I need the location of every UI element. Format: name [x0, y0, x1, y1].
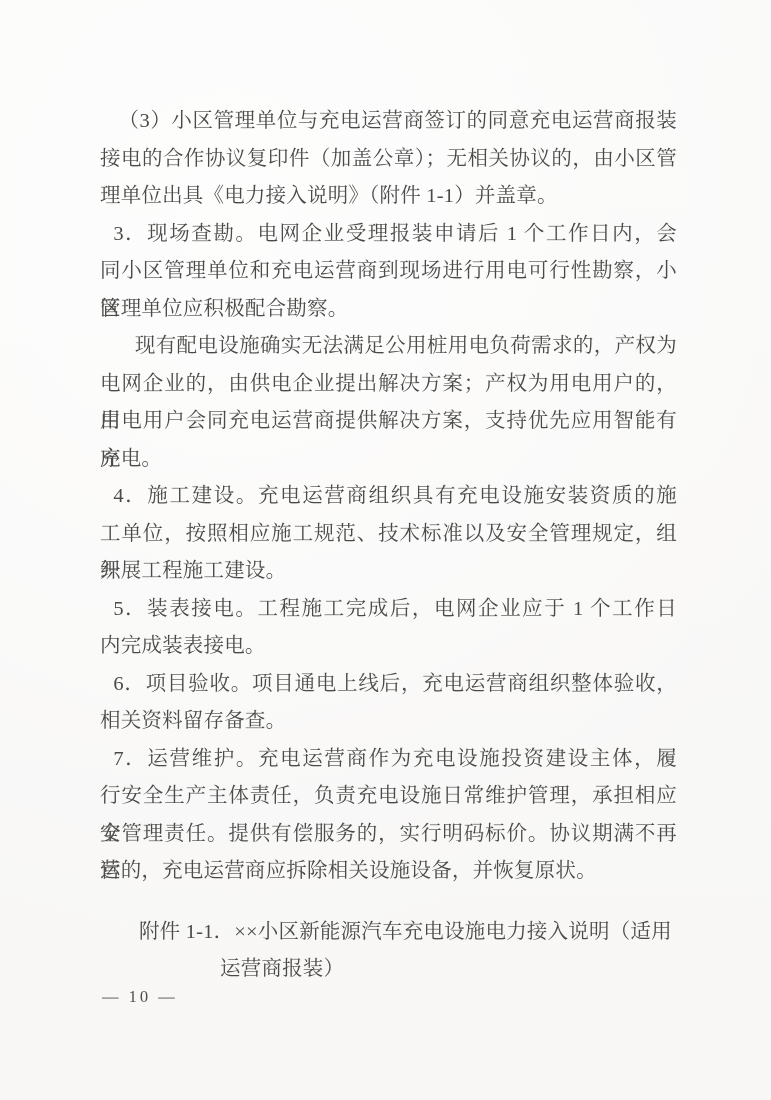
text-line: 附件 1-1．××小区新能源汽车充电设施电力接入说明（适用: [100, 914, 677, 952]
text-line: 开展工程施工建设。: [100, 553, 677, 591]
text-line: 3．现场查勘。电网企业受理报装申请后 1 个工作日内，会: [100, 216, 677, 254]
text-line: 管理单位应积极配合勘察。: [100, 291, 677, 329]
document-page: （3）小区管理单位与充电运营商签订的同意充电运营商报装接电的合作协议复印件（加盖…: [0, 0, 771, 1100]
text-line: 用电用户会同充电运营商提供解决方案，支持优先应用智能有序: [100, 403, 677, 441]
text-line: 相关资料留存备查。: [100, 703, 677, 741]
page-number: — 10 —: [102, 985, 178, 1009]
text-line: （3）小区管理单位与充电运营商签订的同意充电运营商报装: [100, 103, 677, 141]
text-line: 7．运营维护。充电运营商作为充电设施投资建设主体，履: [100, 741, 677, 779]
text-line: 运营商报装）: [100, 951, 677, 989]
text-line: 现有配电设施确实无法满足公用桩用电负荷需求的，产权为: [100, 328, 677, 366]
document-body: （3）小区管理单位与充电运营商签订的同意充电运营商报装接电的合作协议复印件（加盖…: [100, 103, 677, 989]
text-line: 同小区管理单位和充电运营商到现场进行用电可行性勘察，小区: [100, 253, 677, 291]
text-line: 接电的合作协议复印件（加盖公章）；无相关协议的，由小区管: [100, 141, 677, 179]
text-line: 内完成装表接电。: [100, 628, 677, 666]
text-line: 5．装表接电。工程施工完成后，电网企业应于 1 个工作日: [100, 591, 677, 629]
text-line: 行安全生产主体责任，负责充电设施日常维护管理，承担相应安: [100, 778, 677, 816]
text-line: 营的，充电运营商应拆除相关设施设备，并恢复原状。: [100, 853, 677, 891]
text-line: 电网企业的，由供电企业提出解决方案；产权为用电用户的，由: [100, 366, 677, 404]
text-line: 充电。: [100, 441, 677, 479]
text-line: 理单位出具《电力接入说明》（附件 1-1）并盖章。: [100, 178, 677, 216]
text-line: 6．项目验收。项目通电上线后，充电运营商组织整体验收，: [100, 666, 677, 704]
text-line: 全管理责任。提供有偿服务的，实行明码标价。协议期满不再运: [100, 816, 677, 854]
text-line: 工单位，按照相应施工规范、技术标准以及安全管理规定，组织: [100, 516, 677, 554]
text-line: 4．施工建设。充电运营商组织具有充电设施安装资质的施: [100, 478, 677, 516]
